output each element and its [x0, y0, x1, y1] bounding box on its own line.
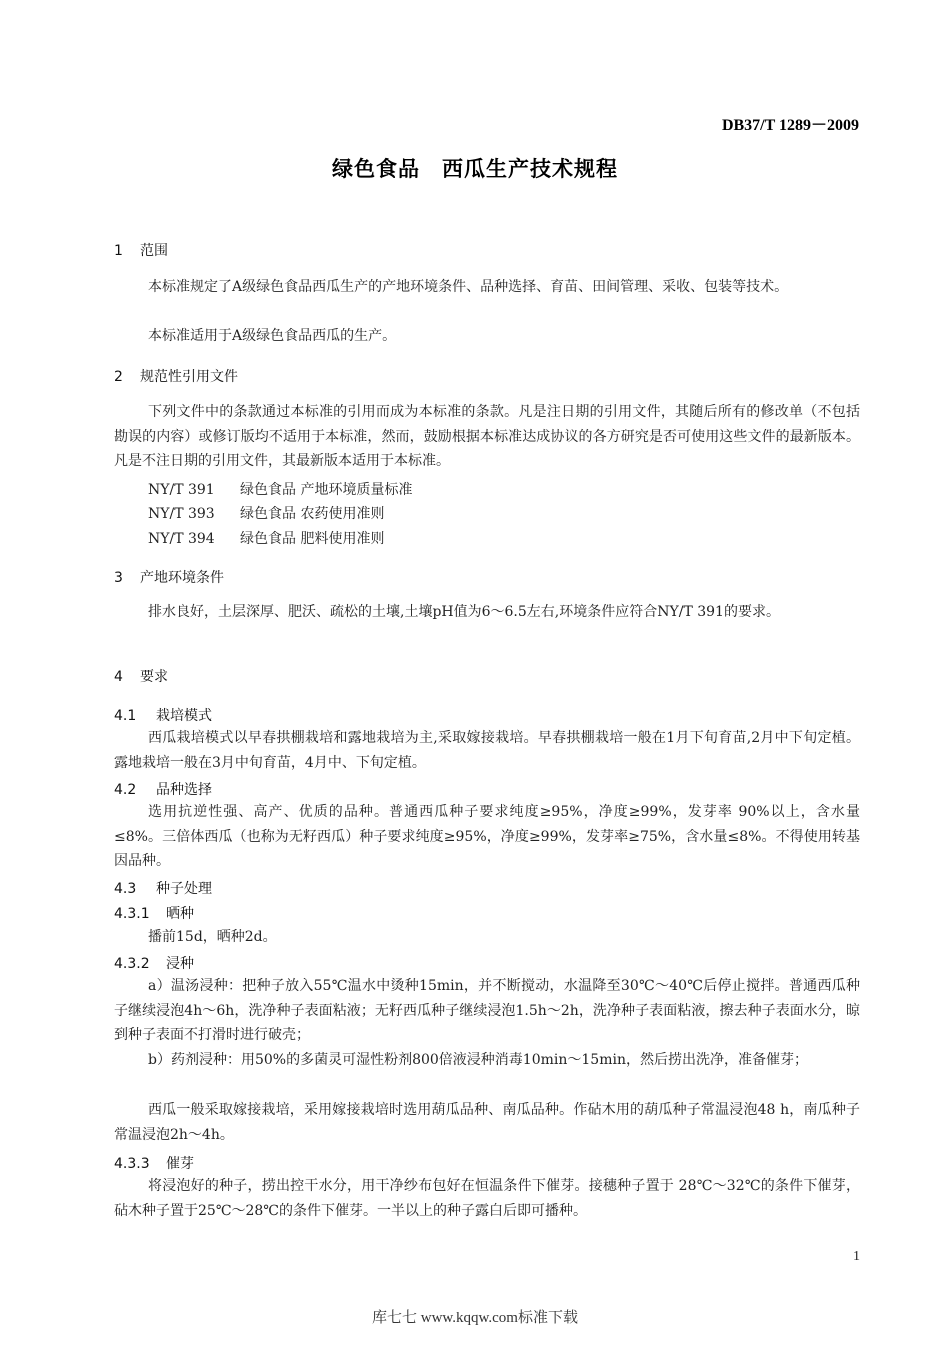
subsection-heading-4-1: 4.1栽培模式: [114, 705, 212, 725]
reference-item: NY/T 394绿色食品 肥料使用准则: [148, 528, 384, 548]
subsection-number: 4.3.1: [114, 906, 166, 922]
subsection-number: 4.2: [114, 782, 156, 798]
subsection-number: 4.3: [114, 881, 156, 897]
paragraph: 下列文件中的条款通过本标准的引用而成为本标准的条款。凡是注日期的引用文件，其随后…: [114, 400, 860, 474]
subsection-title: 催芽: [166, 1156, 194, 1172]
page-number: 1: [853, 1249, 860, 1265]
paragraph: 选用抗逆性强、高产、优质的品种。普通西瓜种子要求纯度≥95%，净度≥99%，发芽…: [114, 800, 860, 874]
paragraph: 排水良好，土层深厚、肥沃、疏松的土壤,土壤pH值为6～6.5左右,环境条件应符合…: [114, 600, 860, 625]
footer-watermark: 库七七 www.kqqw.com标准下载: [0, 1306, 950, 1327]
section-heading-2: 2规范性引用文件: [114, 366, 238, 386]
reference-code: NY/T 391: [148, 482, 240, 498]
paragraph: 西瓜栽培模式以早春拱棚栽培和露地栽培为主,采取嫁接栽培。早春拱棚栽培一般在1月下…: [114, 726, 860, 775]
subsection-number: 4.3.2: [114, 956, 166, 972]
paragraph: 西瓜一般采取嫁接栽培，采用嫁接栽培时选用葫瓜品种、南瓜品种。作砧木用的葫瓜种子常…: [114, 1098, 860, 1147]
subsection-number: 4.1: [114, 708, 156, 724]
document-title: 绿色食品 西瓜生产技术规程: [0, 153, 950, 183]
subsection-heading-4-3-1: 4.3.1晒种: [114, 903, 194, 923]
section-title: 范围: [140, 243, 168, 259]
section-heading-4: 4要求: [114, 666, 168, 686]
section-heading-1: 1范围: [114, 240, 168, 260]
reference-title: 绿色食品 肥料使用准则: [240, 531, 384, 547]
reference-title: 绿色食品 产地环境质量标准: [240, 482, 412, 498]
subsection-heading-4-2: 4.2品种选择: [114, 779, 212, 799]
section-number: 1: [114, 243, 140, 259]
reference-code: NY/T 394: [148, 531, 240, 547]
subsection-heading-4-3-2: 4.3.2浸种: [114, 953, 194, 973]
paragraph: 本标准适用于A级绿色食品西瓜的生产。: [114, 324, 860, 349]
subsection-title: 品种选择: [156, 782, 212, 798]
subsection-heading-4-3: 4.3种子处理: [114, 878, 212, 898]
paragraph: 播前15d，晒种2d。: [114, 925, 860, 950]
subsection-heading-4-3-3: 4.3.3催芽: [114, 1153, 194, 1173]
document-code: DB37/T 1289－2009: [722, 112, 859, 135]
section-number: 2: [114, 369, 140, 385]
section-title: 产地环境条件: [140, 570, 224, 586]
subsection-title: 浸种: [166, 956, 194, 972]
paragraph: 将浸泡好的种子，捞出控干水分，用干净纱布包好在恒温条件下催芽。接穗种子置于 28…: [114, 1174, 860, 1223]
section-title: 规范性引用文件: [140, 369, 238, 385]
subsection-title: 种子处理: [156, 881, 212, 897]
subsection-number: 4.3.3: [114, 1156, 166, 1172]
subsection-title: 晒种: [166, 906, 194, 922]
reference-code: NY/T 393: [148, 506, 240, 522]
reference-item: NY/T 391绿色食品 产地环境质量标准: [148, 479, 412, 499]
reference-item: NY/T 393绿色食品 农药使用准则: [148, 503, 384, 523]
subsection-title: 栽培模式: [156, 708, 212, 724]
reference-title: 绿色食品 农药使用准则: [240, 506, 384, 522]
section-title: 要求: [140, 669, 168, 685]
section-heading-3: 3产地环境条件: [114, 567, 224, 587]
list-item-a: a）温汤浸种：把种子放入55℃温水中烫种15min，并不断搅动，水温降至30℃～…: [114, 974, 860, 1048]
paragraph: 本标准规定了A级绿色食品西瓜生产的产地环境条件、品种选择、育苗、田间管理、采收、…: [114, 275, 860, 300]
list-item-b: b）药剂浸种：用50%的多菌灵可湿性粉剂800倍液浸种消毒10min～15min…: [114, 1048, 860, 1073]
section-number: 3: [114, 570, 140, 586]
section-number: 4: [114, 669, 140, 685]
